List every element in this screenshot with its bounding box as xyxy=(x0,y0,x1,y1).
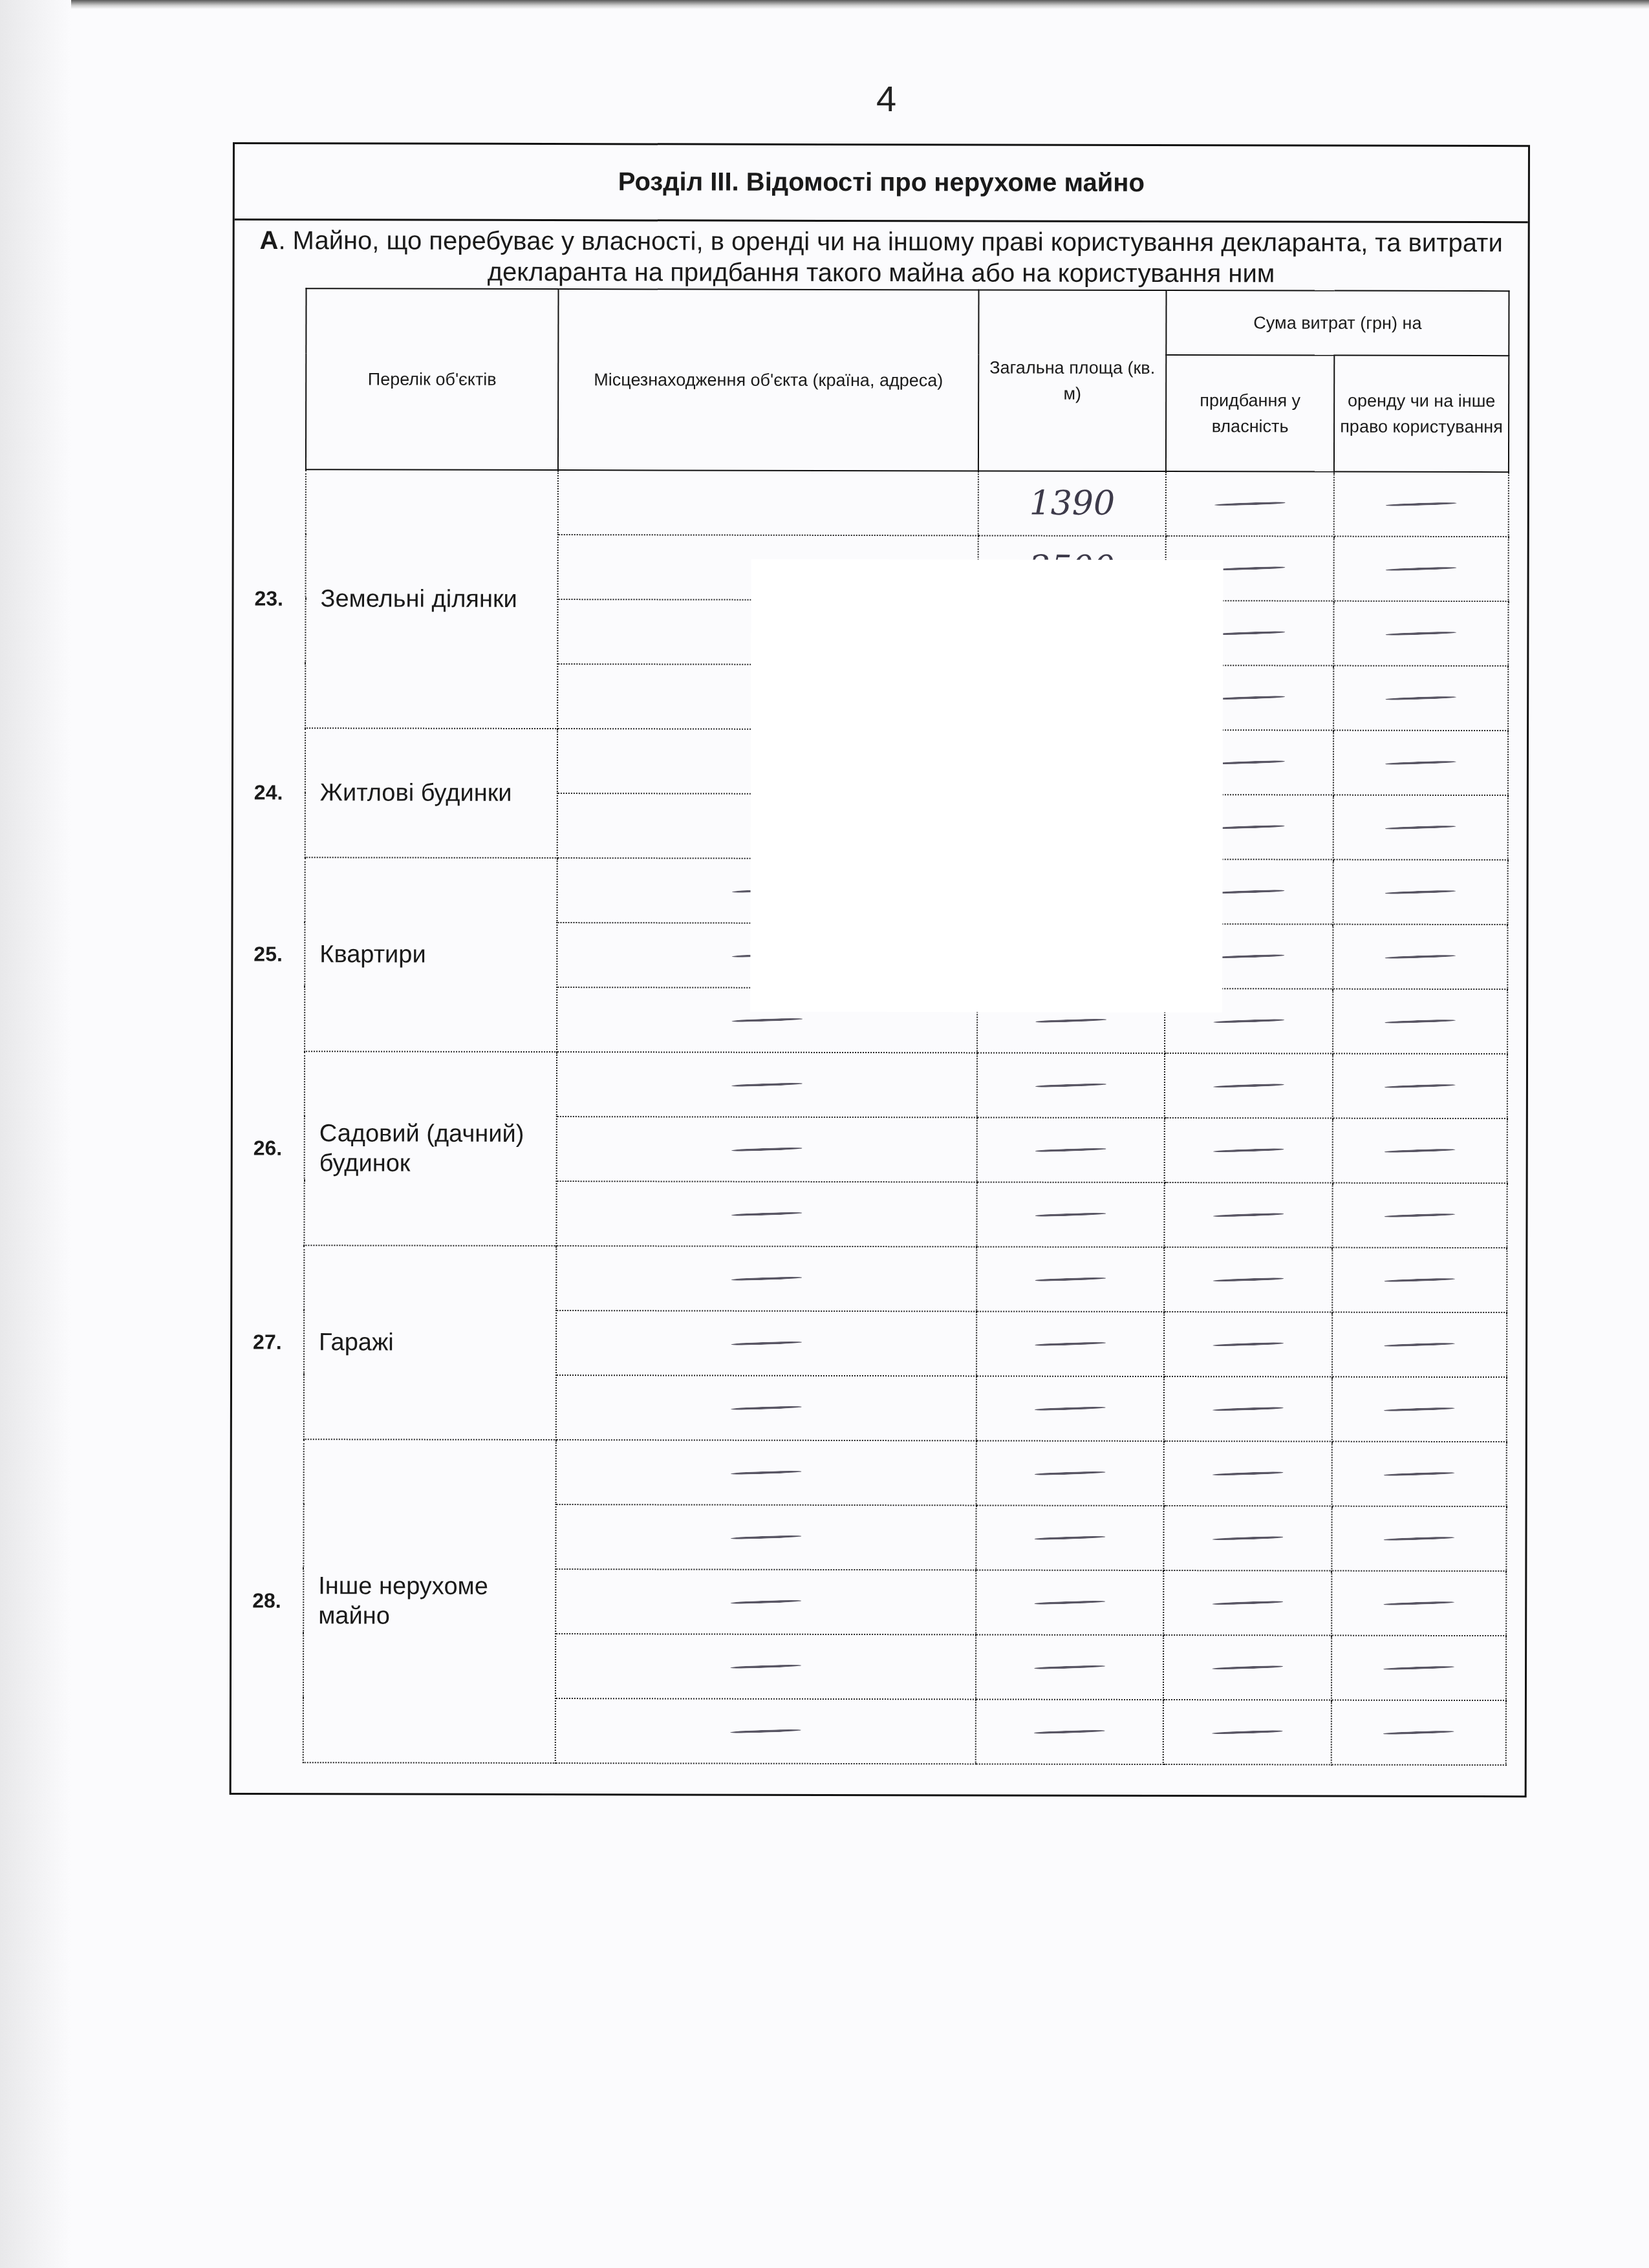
handwritten-dash xyxy=(1212,1535,1283,1541)
handwritten-dash xyxy=(1214,889,1285,894)
handwritten-dash xyxy=(1212,1471,1284,1476)
object-number: 24. xyxy=(254,781,283,805)
header-location: Місцезнаходження об'єкта (країна, адреса… xyxy=(558,289,979,471)
purchase-cell xyxy=(1164,1312,1332,1377)
location-cell xyxy=(555,1504,976,1570)
section-frame: Розділ III. Відомості про нерухоме майно… xyxy=(230,142,1530,1797)
table-row: 28.Інше нерухоме майно xyxy=(304,1439,1507,1506)
handwritten-dash xyxy=(731,1212,802,1217)
handwritten-dash xyxy=(1035,1342,1106,1347)
handwritten-dash xyxy=(1034,1535,1105,1541)
handwritten-dash xyxy=(730,1535,801,1540)
handwritten-dash xyxy=(1212,1406,1284,1411)
object-type-cell: 28.Інше нерухоме майно xyxy=(303,1439,556,1763)
handwritten-dash xyxy=(1034,1600,1105,1605)
scan-left-edge xyxy=(0,0,71,2268)
area-cell xyxy=(976,1182,1164,1247)
handwritten-dash xyxy=(1385,1148,1456,1153)
handwritten-dash xyxy=(1035,1406,1106,1411)
handwritten-dash xyxy=(1212,1600,1283,1605)
area-cell xyxy=(976,1570,1163,1635)
rent-cell xyxy=(1332,1183,1507,1248)
handwritten-dash xyxy=(1212,1729,1283,1735)
handwritten-dash xyxy=(1035,1018,1106,1023)
rent-cell xyxy=(1331,1700,1506,1766)
purchase-cell xyxy=(1165,1118,1333,1183)
object-type-cell: 24.Житлові будинки xyxy=(305,728,557,858)
rent-cell xyxy=(1331,1506,1506,1572)
handwritten-dash xyxy=(731,1082,803,1087)
handwritten-dash xyxy=(1034,1665,1105,1670)
object-number: 27. xyxy=(253,1331,282,1354)
area-cell xyxy=(977,1053,1165,1118)
handwritten-dash xyxy=(1384,1342,1455,1347)
page-number: 4 xyxy=(876,78,896,120)
handwritten-dash xyxy=(1035,1277,1106,1282)
object-type-cell: 23.Земельні ділянки xyxy=(305,469,558,729)
subsection-letter: А xyxy=(259,226,278,255)
handwritten-dash xyxy=(1384,1278,1455,1283)
area-cell: 1390 xyxy=(978,471,1166,536)
rent-cell xyxy=(1334,472,1509,537)
handwritten-dash xyxy=(1212,1665,1283,1670)
area-cell xyxy=(976,1311,1164,1376)
handwritten-dash xyxy=(1214,630,1285,636)
handwritten-dash xyxy=(730,1599,801,1605)
header-purchase: придбання у власність xyxy=(1166,355,1334,472)
handwritten-dash xyxy=(731,1018,803,1023)
rent-cell xyxy=(1332,1377,1507,1442)
handwritten-dash xyxy=(1213,1083,1284,1088)
section-title: Розділ III. Відомості про нерухоме майно xyxy=(235,144,1528,223)
rent-cell xyxy=(1333,731,1508,796)
table-row: 23.Земельні ділянки1390 xyxy=(306,469,1509,537)
handwritten-dash xyxy=(731,1276,802,1281)
header-objects: Перелік об'єктів xyxy=(306,288,559,470)
rent-cell xyxy=(1334,537,1509,602)
purchase-cell xyxy=(1164,1182,1332,1248)
location-cell xyxy=(558,470,978,535)
location-cell xyxy=(556,1246,976,1311)
location-cell xyxy=(556,1181,976,1246)
handwritten-dash xyxy=(730,1729,801,1734)
handwritten-dash xyxy=(1035,1083,1106,1088)
purchase-cell xyxy=(1166,471,1334,537)
object-type-label: Гаражі xyxy=(305,1327,555,1358)
rent-cell xyxy=(1332,1248,1507,1313)
purchase-cell xyxy=(1165,1053,1333,1118)
object-type-label: Житлові будинки xyxy=(306,778,557,808)
rent-cell xyxy=(1333,1054,1507,1119)
handwritten-dash xyxy=(1385,1019,1456,1024)
purchase-cell xyxy=(1164,1247,1332,1312)
subsection-text: . Майно, що перебуває у власності, в оре… xyxy=(278,226,1502,288)
handwritten-dash xyxy=(730,1664,801,1669)
location-cell xyxy=(556,1440,976,1505)
rent-cell xyxy=(1333,795,1508,861)
handwritten-dash xyxy=(1384,1471,1455,1477)
table-row: 27.Гаражі xyxy=(304,1245,1507,1312)
area-cell xyxy=(976,1699,1163,1764)
handwritten-dash xyxy=(1385,890,1456,895)
object-number: 23. xyxy=(254,587,283,611)
header-expenses: Сума витрат (грн) на xyxy=(1166,290,1509,356)
redaction-box xyxy=(750,559,1223,1013)
location-cell xyxy=(555,1698,976,1764)
handwritten-dash xyxy=(1212,1342,1284,1347)
real-estate-table: Перелік об'єктів Місцезнаходження об'єкт… xyxy=(303,288,1510,1766)
rent-cell xyxy=(1332,1442,1507,1507)
purchase-cell xyxy=(1163,1570,1331,1636)
area-cell xyxy=(977,1117,1165,1182)
handwritten-dash xyxy=(1214,824,1285,829)
purchase-cell xyxy=(1163,1506,1331,1571)
handwritten-dash xyxy=(1213,1148,1284,1153)
handwritten-dash xyxy=(1384,1213,1455,1218)
handwritten-dash xyxy=(1386,502,1457,507)
handwritten-dash xyxy=(1386,566,1457,572)
rent-cell xyxy=(1333,989,1507,1054)
location-cell xyxy=(557,1117,977,1182)
handwritten-dash xyxy=(1035,1212,1106,1217)
area-cell xyxy=(976,1634,1163,1700)
object-number: 28. xyxy=(252,1589,281,1613)
purchase-cell xyxy=(1163,1700,1331,1765)
handwritten-dash xyxy=(1035,1471,1106,1476)
object-type-label: Земельні ділянки xyxy=(306,584,557,614)
rent-cell xyxy=(1333,860,1507,925)
object-number: 26. xyxy=(253,1137,283,1161)
object-type-label: Інше нерухоме майно xyxy=(304,1571,555,1631)
handwritten-dash xyxy=(1385,825,1456,830)
handwritten-dash xyxy=(1385,760,1456,765)
rent-cell xyxy=(1333,925,1507,990)
purchase-cell xyxy=(1164,1376,1332,1442)
handwritten-dash xyxy=(1383,1536,1454,1541)
object-type-label: Садовий (дачний) будинок xyxy=(305,1118,556,1179)
area-cell xyxy=(976,1376,1164,1441)
rent-cell xyxy=(1331,1636,1506,1701)
handwritten-dash xyxy=(731,1406,802,1411)
handwritten-dash xyxy=(1385,631,1456,636)
handwritten-dash xyxy=(731,1470,802,1475)
subsection-heading: А. Майно, що перебуває у власності, в ор… xyxy=(235,225,1528,290)
handwritten-dash xyxy=(1213,1018,1284,1023)
object-type-cell: 27.Гаражі xyxy=(304,1245,557,1440)
handwritten-dash xyxy=(1213,954,1284,959)
location-cell xyxy=(555,1569,976,1634)
handwritten-dash xyxy=(1383,1665,1454,1671)
header-area: Загальна площа (кв. м) xyxy=(978,290,1167,471)
handwritten-dash xyxy=(1214,501,1286,506)
handwritten-dash xyxy=(1035,1148,1106,1153)
handwritten-dash xyxy=(1384,1407,1455,1412)
handwritten-dash xyxy=(1212,1212,1284,1217)
handwritten-dash xyxy=(1383,1730,1454,1735)
header-rent: оренду чи на інше право користування xyxy=(1334,356,1509,473)
purchase-cell xyxy=(1163,1635,1331,1700)
object-type-cell: 25.Квартири xyxy=(305,857,557,1052)
handwritten-dash xyxy=(1385,1084,1456,1089)
handwritten-dash xyxy=(1385,696,1456,701)
handwritten-dash xyxy=(1214,760,1285,765)
rent-cell xyxy=(1331,1571,1506,1636)
rent-cell xyxy=(1333,666,1508,731)
handwritten-dash xyxy=(1214,566,1286,571)
location-cell xyxy=(556,1311,976,1376)
rent-cell xyxy=(1333,601,1508,667)
handwritten-dash xyxy=(731,1147,803,1152)
handwritten-dash xyxy=(1034,1729,1105,1735)
location-cell xyxy=(557,1052,977,1117)
handwritten-dash xyxy=(1385,954,1456,959)
rent-cell xyxy=(1332,1312,1507,1378)
area-cell xyxy=(976,1246,1164,1312)
purchase-cell xyxy=(1164,1441,1332,1506)
scan-top-edge xyxy=(0,0,1649,9)
table-row: 26.Садовий (дачний) будинок xyxy=(305,1051,1507,1118)
object-type-cell: 26.Садовий (дачний) будинок xyxy=(304,1051,557,1246)
object-type-label: Квартири xyxy=(305,939,556,970)
handwritten-dash xyxy=(731,1341,802,1346)
location-cell xyxy=(555,1634,976,1699)
object-number: 25. xyxy=(253,943,283,967)
handwritten-dash xyxy=(1383,1601,1454,1606)
area-cell xyxy=(976,1505,1163,1570)
rent-cell xyxy=(1333,1118,1507,1184)
area-cell xyxy=(976,1440,1164,1506)
handwritten-dash xyxy=(1212,1277,1284,1282)
location-cell xyxy=(556,1375,976,1440)
handwritten-dash xyxy=(1214,695,1285,700)
